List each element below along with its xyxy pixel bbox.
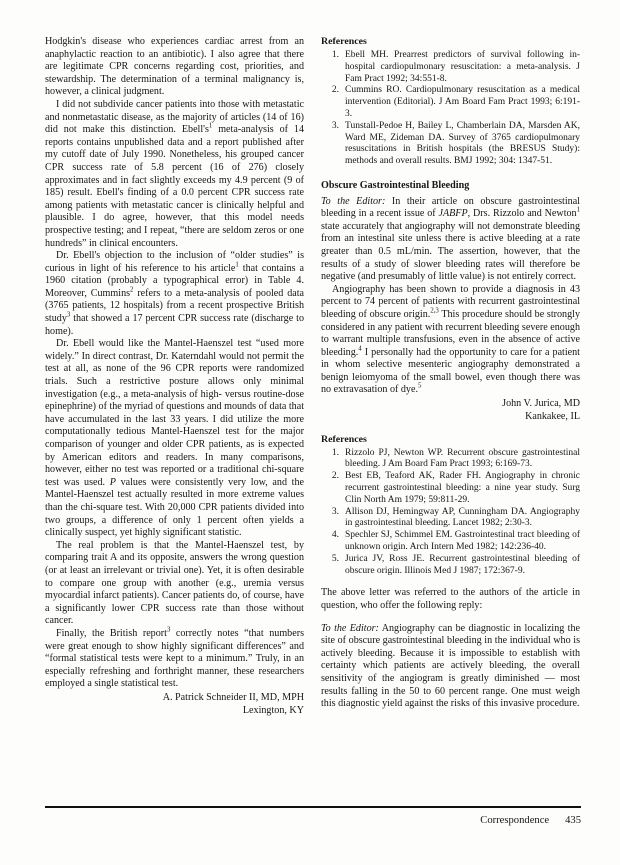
- signature-block: John V. Jurica, MD Kankakee, IL: [321, 398, 580, 424]
- page-footer: Correspondence435: [45, 806, 581, 827]
- reference-number: 3.: [326, 507, 339, 531]
- letter-title: Obscure Gastrointestinal Bleeding: [321, 180, 580, 193]
- paragraph: Finally, the British report3 correctly n…: [45, 628, 304, 691]
- references-heading: References: [321, 36, 580, 48]
- references-section: References 1. Rizzolo PJ, Newton WP. Rec…: [321, 434, 580, 578]
- reference-text: Tunstall-Pedoe H, Bailey L, Chamberlain …: [345, 121, 580, 168]
- signature-name: A. Patrick Schneider II, MD, MPH: [45, 692, 304, 705]
- references-section: References 1. Ebell MH. Prearrest predic…: [321, 36, 580, 168]
- reference-text: Allison DJ, Hemingway AP, Cunningham DA.…: [345, 507, 580, 531]
- editor-note: The above letter was referred to the aut…: [321, 587, 580, 612]
- reference-number: 3.: [326, 121, 339, 168]
- paragraph: Angiography has been shown to provide a …: [321, 284, 580, 397]
- reference-number: 1.: [326, 50, 339, 85]
- reference-item: 2. Best EB, Teaford AK, Rader FH. Angiog…: [326, 471, 580, 506]
- references-heading: References: [321, 434, 580, 446]
- reference-item: 5. Jurica JV, Ross JE. Recurrent gastroi…: [326, 554, 580, 578]
- reference-number: 2.: [326, 471, 339, 506]
- reference-text: Cummins RO. Cardiopulmonary resuscitatio…: [345, 85, 580, 120]
- signature-block: A. Patrick Schneider II, MD, MPH Lexingt…: [45, 692, 304, 718]
- reference-text: Best EB, Teaford AK, Rader FH. Angiograp…: [345, 471, 580, 506]
- signature-location: Lexington, KY: [45, 705, 304, 718]
- reference-number: 5.: [326, 554, 339, 578]
- footer-page-number: 435: [565, 815, 581, 826]
- footer-rule: [45, 806, 581, 808]
- reference-text: Spechler SJ, Schimmel EM. Gastrointestin…: [345, 530, 580, 554]
- reference-text: Jurica JV, Ross JE. Recurrent gastrointe…: [345, 554, 580, 578]
- paragraph: I did not subdivide cancer patients into…: [45, 99, 304, 250]
- reference-item: 4. Spechler SJ, Schimmel EM. Gastrointes…: [326, 530, 580, 554]
- reference-text: Ebell MH. Prearrest predictors of surviv…: [345, 50, 580, 85]
- reference-item: 1. Rizzolo PJ, Newton WP. Recurrent obsc…: [326, 448, 580, 472]
- reference-number: 2.: [326, 85, 339, 120]
- paragraph: The real problem is that the Mantel-Haen…: [45, 540, 304, 628]
- right-column: References 1. Ebell MH. Prearrest predic…: [321, 36, 580, 717]
- reference-item: 3. Allison DJ, Hemingway AP, Cunningham …: [326, 507, 580, 531]
- footer-text: Correspondence435: [45, 815, 581, 827]
- paragraph: Hodgkin's disease who experiences cardia…: [45, 36, 304, 99]
- paragraph: Dr. Ebell's objection to the inclusion o…: [45, 250, 304, 338]
- left-column: Hodgkin's disease who experiences cardia…: [45, 36, 304, 717]
- reference-item: 3. Tunstall-Pedoe H, Bailey L, Chamberla…: [326, 121, 580, 168]
- paragraph: Dr. Ebell would like the Mantel-Haenszel…: [45, 338, 304, 540]
- paragraph: To the Editor: In their article on obscu…: [321, 196, 580, 284]
- reference-text: Rizzolo PJ, Newton WP. Recurrent obscure…: [345, 448, 580, 472]
- journal-page: Hodgkin's disease who experiences cardia…: [0, 0, 620, 865]
- signature-name: John V. Jurica, MD: [321, 398, 580, 411]
- reply-paragraph: To the Editor: Angiography can be diagno…: [321, 623, 580, 711]
- reference-number: 4.: [326, 530, 339, 554]
- footer-section-label: Correspondence: [480, 815, 549, 826]
- two-column-layout: Hodgkin's disease who experiences cardia…: [45, 36, 581, 717]
- reference-item: 2. Cummins RO. Cardiopulmonary resuscita…: [326, 85, 580, 120]
- signature-location: Kankakee, IL: [321, 411, 580, 424]
- reference-item: 1. Ebell MH. Prearrest predictors of sur…: [326, 50, 580, 85]
- reference-number: 1.: [326, 448, 339, 472]
